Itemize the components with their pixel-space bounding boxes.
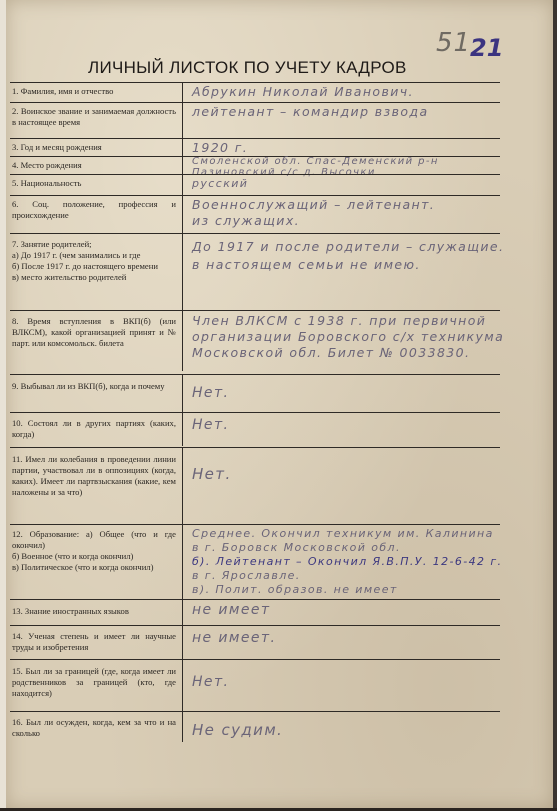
field-row-12: 12. Образование: а) Общее (что и где око… [10,524,500,600]
column-divider [182,139,183,157]
field-row-15: 15. Был ли за границей (где, когда имеет… [10,659,500,712]
field-value: не имеет. [192,630,552,646]
field-row-8: 8. Время вступления в ВКП(б) (или ВЛКСМ)… [10,310,500,371]
document-title: ЛИЧНЫЙ ЛИСТОК ПО УЧЕТУ КАДРОВ [88,58,428,78]
field-label: 11. Имел ли колебания в проведении линии… [10,448,180,525]
field-row-7: 7. Занятие родителей; а) До 1917 г. (чем… [10,233,500,311]
field-row-13: 13. Знание иностранных языков не имеет [10,599,500,626]
field-label: 9. Выбывал ли из ВКП(б), когда и почему [10,375,180,413]
field-row-11: 11. Имел ли колебания в проведении линии… [10,447,500,525]
column-divider [182,311,183,371]
column-divider [182,157,183,175]
column-divider [182,600,183,626]
field-label: 4. Место рождения [10,157,180,175]
field-row-6: 6. Соц. положение, профессия и происхожд… [10,195,500,234]
field-row-16: 16. Был ли осужден, когда, кем за что и … [10,711,500,742]
field-value: Военнослужащий – лейтенант. из служащих. [192,197,552,229]
field-label: 10. Состоял ли в других партиях (каких, … [10,413,180,446]
field-value: русский [192,176,552,192]
field-label: 15. Был ли за границей (где, когда имеет… [10,660,180,712]
field-label: 7. Занятие родителей; а) До 1917 г. (чем… [10,234,180,311]
field-value: не имеет [192,602,552,618]
field-label: 3. Год и месяц рождения [10,139,180,157]
field-value: Член ВЛКСМ с 1938 г. при первичной орган… [192,313,552,361]
field-label: 12. Образование: а) Общее (что и где око… [10,525,180,600]
sheet-number: 21 [470,34,503,62]
field-row-4: 4. Место рождения Смоленской обл. Спас-Д… [10,156,500,175]
field-label: 1. Фамилия, имя и отчество [10,83,180,103]
column-divider [182,525,183,600]
column-divider [182,175,183,196]
field-value: Среднее. Окончил техникум им. Калинина в… [192,527,552,597]
field-value: Нет. [192,417,552,433]
column-divider [182,196,183,234]
field-value: Нет. [192,385,552,401]
field-value: До 1917 и после родители – служащие. в н… [192,238,552,274]
field-label: 16. Был ли осужден, когда, кем за что и … [10,712,180,742]
column-divider [182,413,183,446]
column-divider [182,234,183,311]
field-label: 6. Соц. положение, профессия и происхожд… [10,196,180,234]
field-value: Не судим. [192,722,552,738]
field-label: 13. Знание иностранных языков [10,600,180,626]
military-education-ink: б). Лейтенант – Окончил Я.В.П.У. 12-6-42… [192,555,502,568]
field-value: Абрукин Николай Иванович. [192,84,552,100]
field-row-10: 10. Состоял ли в других партиях (каких, … [10,412,500,446]
field-row-1: 1. Фамилия, имя и отчество Абрукин Никол… [10,82,500,103]
field-label: 2. Воинское звание и занимаемая должност… [10,103,180,139]
field-row-9: 9. Выбывал ли из ВКП(б), когда и почему … [10,374,500,413]
column-divider [182,448,183,525]
archive-number: 51 [436,28,471,58]
field-value: Нет. [192,674,552,690]
column-divider [182,375,183,413]
column-divider [182,660,183,712]
field-value: лейтенант – командир взвода [192,104,552,120]
field-label: 8. Время вступления в ВКП(б) (или ВЛКСМ)… [10,311,180,371]
field-row-2: 2. Воинское звание и занимаемая должност… [10,102,500,139]
field-row-14: 14. Ученая степень и имеет ли научные тр… [10,625,500,660]
field-label: 14. Ученая степень и имеет ли научные тр… [10,626,180,660]
field-label: 5. Национальность [10,175,180,196]
column-divider [182,626,183,660]
field-row-3: 3. Год и месяц рождения 1920 г. [10,138,500,157]
field-value: Нет. [192,466,552,482]
column-divider [182,103,183,139]
field-value: 1920 г. [192,140,552,156]
column-divider [182,83,183,103]
column-divider [182,712,183,742]
field-row-5: 5. Национальность русский [10,174,500,196]
